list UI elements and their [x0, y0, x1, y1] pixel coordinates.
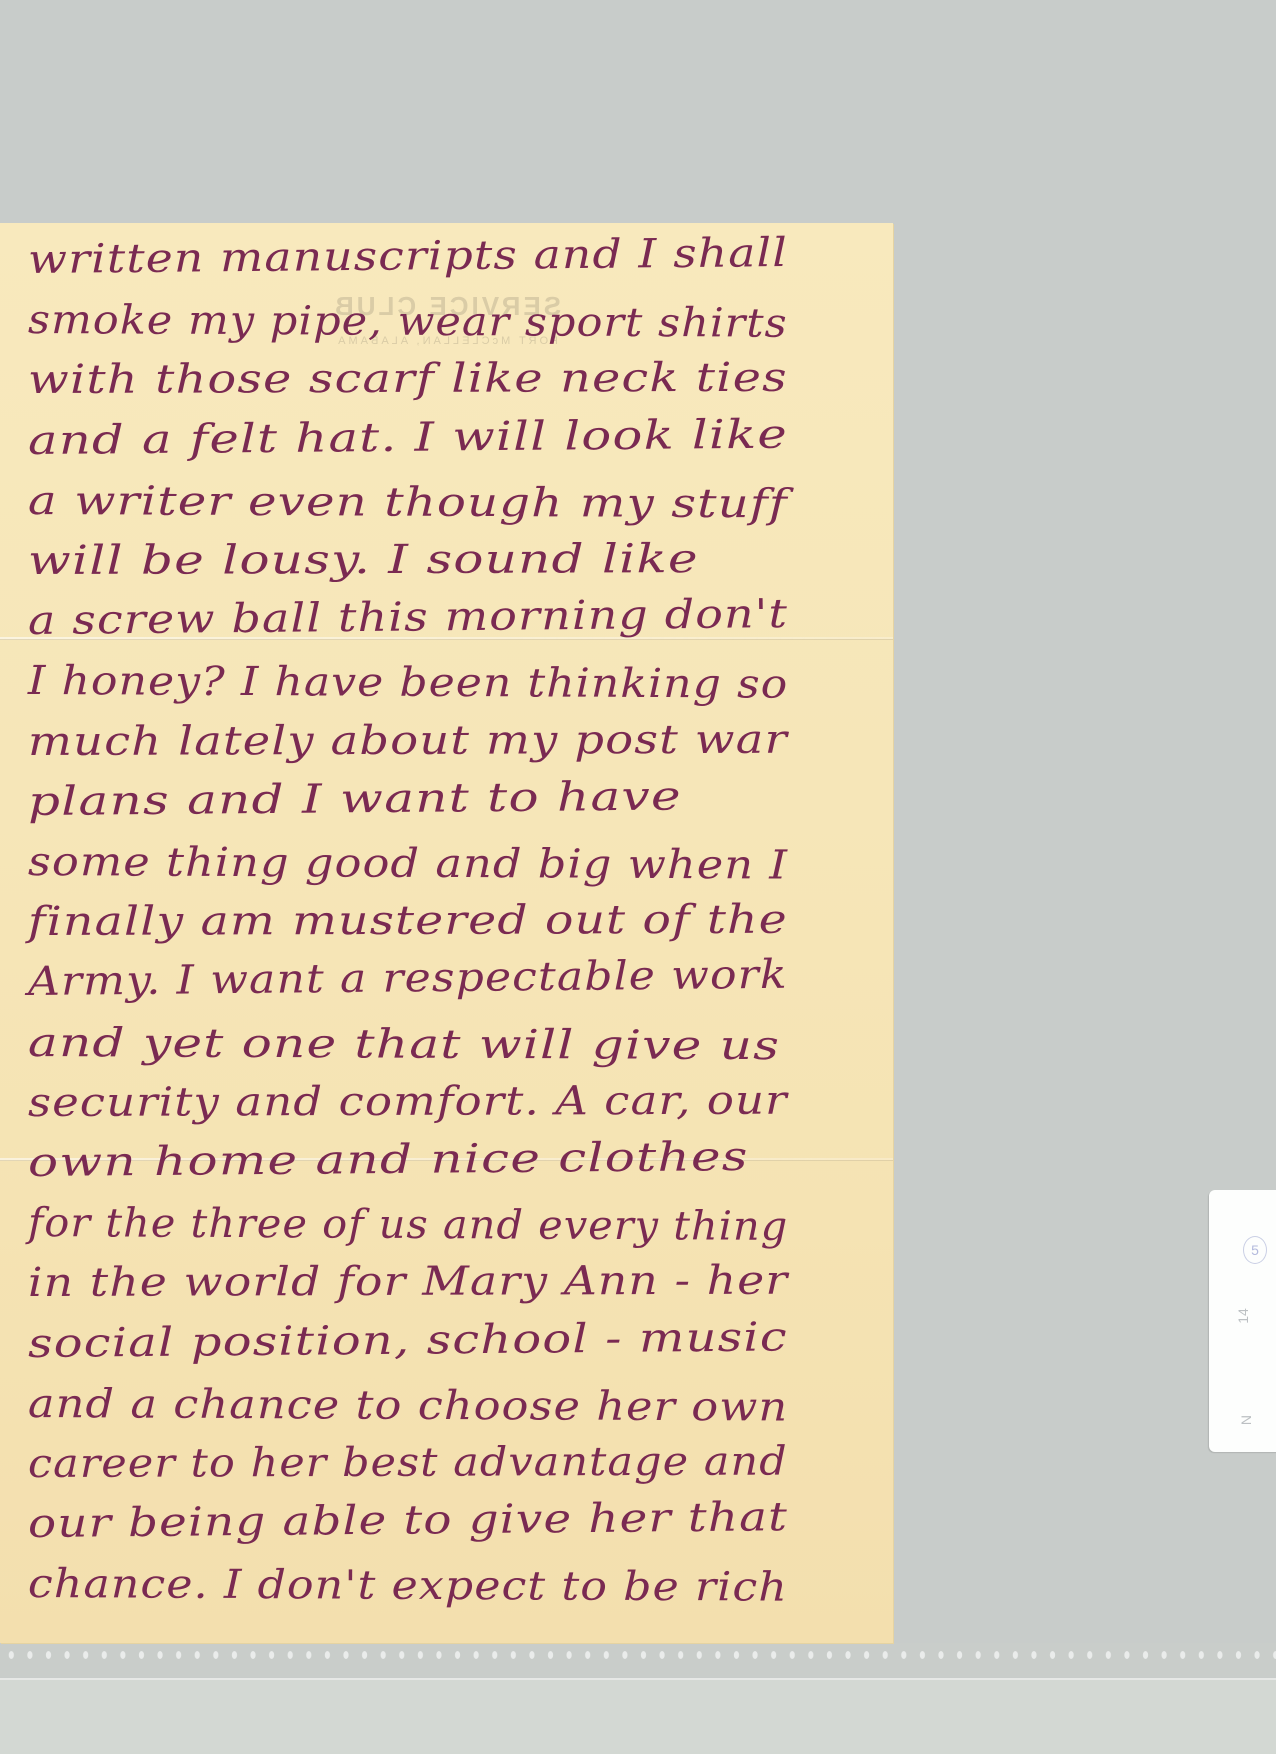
letter-page: SERVICE CLUB FORT McCLELLAN, ALABAMA wri…	[0, 223, 893, 1643]
page-number-circled: 5	[1243, 1236, 1267, 1264]
handwritten-line: much lately about my post war	[28, 716, 788, 764]
handwritten-line: our being able to give her that	[28, 1494, 789, 1547]
handwritten-line: a screw ball this morning don't	[28, 591, 789, 644]
handwritten-line: with those scarf like neck ties	[28, 355, 788, 403]
sleeve-weld-dots	[2, 1648, 1276, 1662]
pencil-mark: N	[1238, 1415, 1254, 1425]
handwritten-line: some thing good and big when I	[28, 839, 788, 889]
archive-label-card: 5 14 N	[1209, 1190, 1276, 1452]
handwritten-line: career to her best advantage and	[28, 1439, 788, 1487]
handwritten-line: I honey? I have been thinking so	[28, 658, 789, 708]
handwritten-line: chance. I don't expect to be rich	[28, 1561, 788, 1611]
handwritten-line: plans and I want to have	[28, 773, 682, 824]
handwritten-line: Army. I want a respectable work	[28, 952, 788, 1005]
handwritten-line: finally am mustered out of the	[28, 897, 788, 945]
handwritten-line: in the world for Mary Ann - her	[28, 1258, 788, 1306]
handwritten-line: smoke my pipe, wear sport shirts	[28, 297, 788, 347]
handwritten-line: a writer even though my stuff	[28, 478, 788, 527]
handwritten-line: and a chance to choose her own	[28, 1381, 789, 1431]
handwritten-line: and a felt hat. I will look like	[28, 411, 789, 463]
scanner-backdrop	[0, 1678, 1276, 1754]
handwritten-line: will be lousy. I sound like	[28, 536, 699, 584]
handwritten-line: own home and nice clothes	[28, 1134, 749, 1186]
handwritten-line: social position, school - music	[28, 1314, 788, 1367]
handwritten-line: security and comfort. A car, our	[28, 1077, 788, 1125]
pencil-mark: 14	[1235, 1308, 1251, 1324]
handwritten-line: and yet one that will give us	[28, 1020, 780, 1069]
handwritten-line: written manuscripts and I shall	[28, 230, 789, 283]
handwritten-line: for the three of us and every thing	[28, 1200, 789, 1250]
